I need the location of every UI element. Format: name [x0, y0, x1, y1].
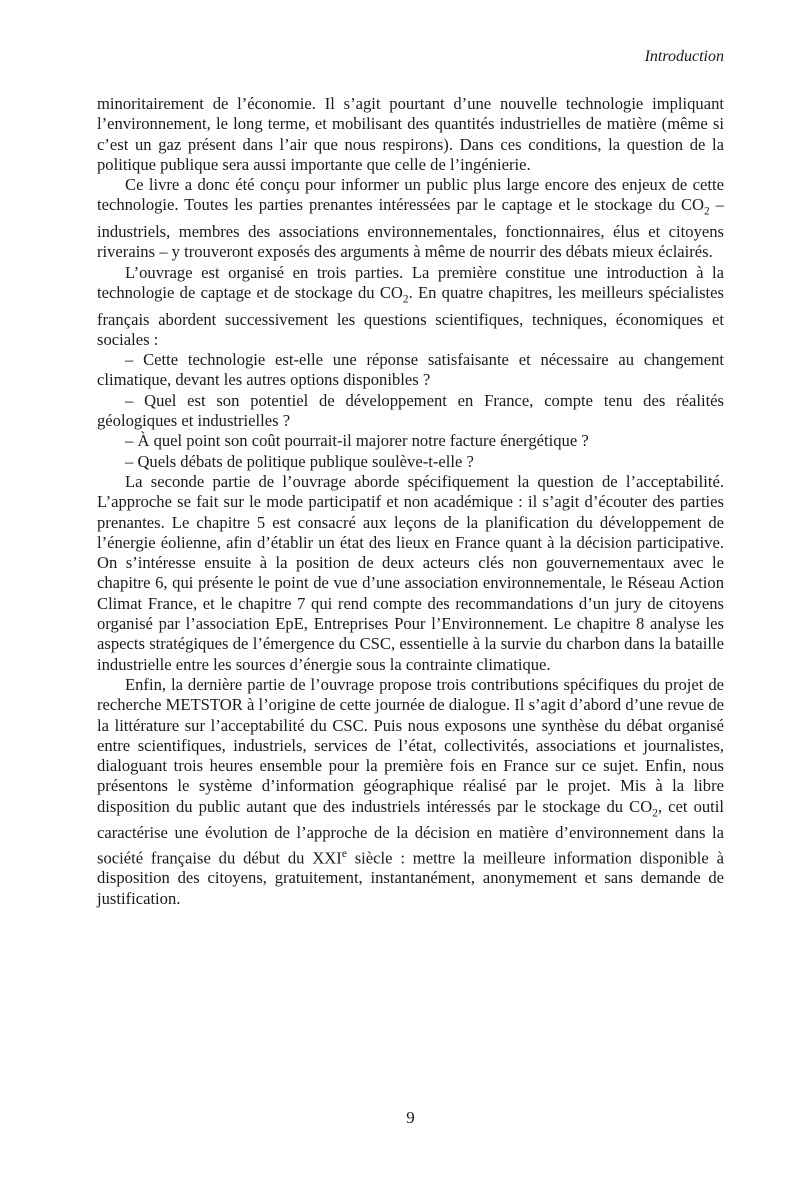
paragraph-list-item: – Quel est son potentiel de développemen… [97, 391, 724, 432]
text-run: minoritairement de l’économie. Il s’agit… [97, 94, 724, 174]
running-head: Introduction [97, 48, 724, 66]
text-run: – À quel point son coût pourrait-il majo… [125, 431, 589, 450]
page-footer: 9 [97, 1108, 724, 1128]
paragraph: minoritairement de l’économie. Il s’agit… [97, 94, 724, 175]
text-run: – Quel est son potentiel de développemen… [97, 391, 724, 430]
paragraph: L’ouvrage est organisé en trois parties.… [97, 263, 724, 351]
body-text: minoritairement de l’économie. Il s’agit… [97, 94, 724, 909]
text-run: – Cette technologie est-elle une réponse… [97, 350, 724, 389]
text-run: – Quels débats de politique publique sou… [125, 452, 474, 471]
paragraph-list-item: – Cette technologie est-elle une réponse… [97, 350, 724, 391]
book-page: Introduction minoritairement de l’économ… [0, 0, 800, 1198]
text-run: La seconde partie de l’ouvrage aborde sp… [97, 472, 724, 674]
paragraph: Ce livre a donc été conçu pour informer … [97, 175, 724, 263]
page-number: 9 [406, 1108, 415, 1127]
paragraph-list-item: – À quel point son coût pourrait-il majo… [97, 431, 724, 451]
running-head-title: Introduction [645, 48, 724, 65]
paragraph: Enfin, la dernière partie de l’ouvrage p… [97, 675, 724, 909]
paragraph-list-item: – Quels débats de politique publique sou… [97, 452, 724, 472]
text-run: Enfin, la dernière partie de l’ouvrage p… [97, 675, 724, 816]
text-run: Ce livre a donc été conçu pour informer … [97, 175, 724, 214]
paragraph: La seconde partie de l’ouvrage aborde sp… [97, 472, 724, 675]
